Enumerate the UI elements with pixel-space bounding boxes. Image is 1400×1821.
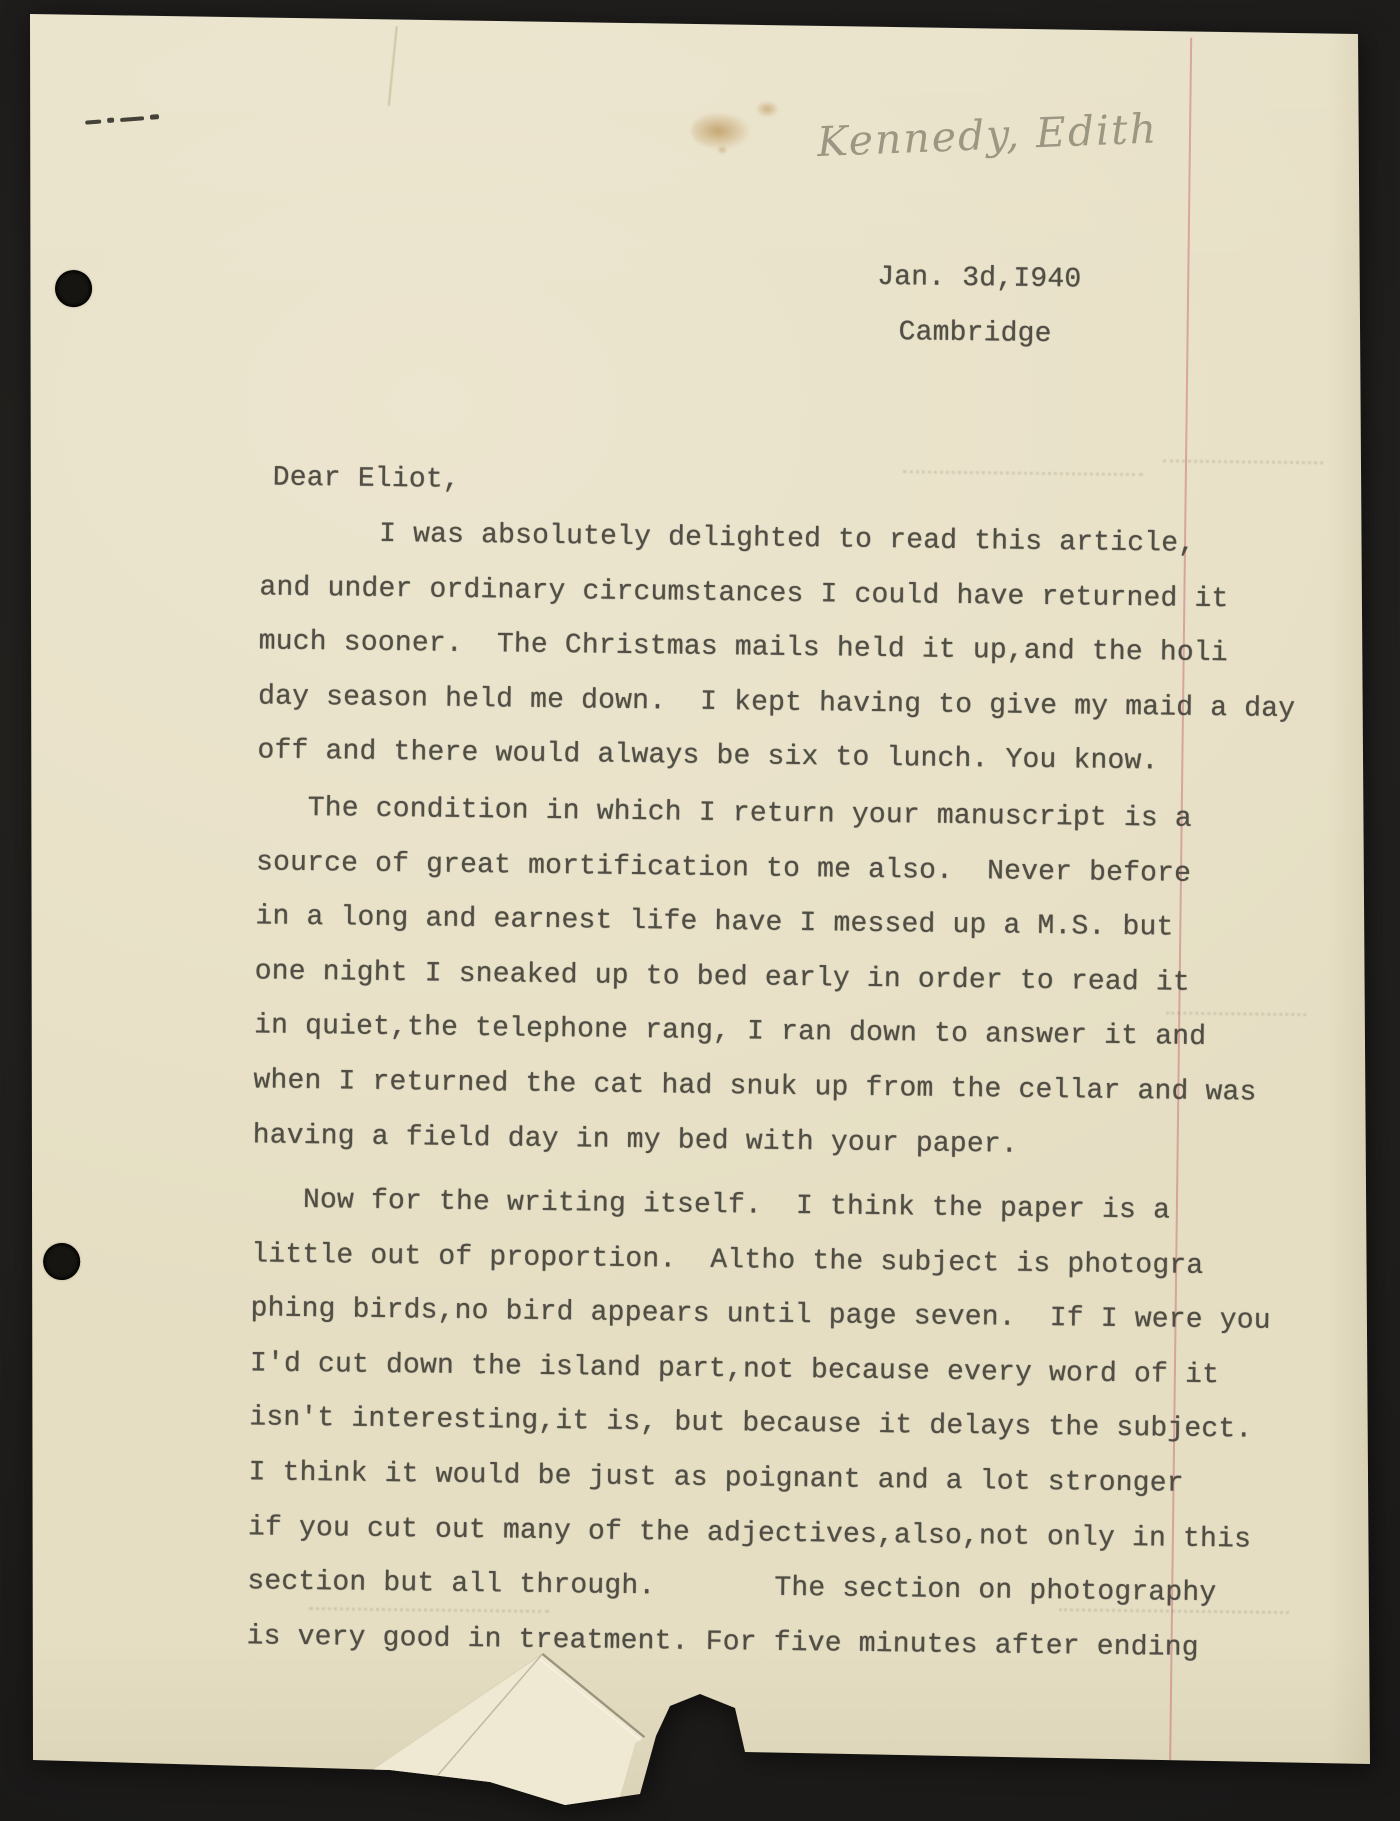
stain	[755, 100, 779, 117]
salutation: Dear Eliot,	[272, 452, 460, 509]
hole-punch-top	[55, 270, 92, 307]
paragraph-2: The condition in which I return your man…	[252, 781, 1260, 1175]
typed-line: off and there would always be six to lun…	[257, 725, 1295, 792]
stain	[717, 146, 728, 154]
date-line: Jan. 3d,I940	[877, 251, 1082, 308]
ghost-smudge	[903, 470, 1143, 476]
typed-line: having a field day in my bed with your p…	[252, 1109, 1256, 1176]
paper-sheet-wrap: Kennedy, Edith Jan. 3d,I940 Cambridge	[28, 8, 1370, 1813]
place-line: Cambridge	[898, 306, 1081, 363]
scratch-mark	[388, 26, 398, 106]
hole-punch-bottom	[43, 1243, 80, 1280]
stain	[691, 112, 751, 151]
paragraph-3: Now for the writing itself. I think the …	[246, 1173, 1272, 1677]
dateline-block: Jan. 3d,I940 Cambridge	[876, 251, 1081, 363]
ink-dash-marks	[85, 108, 166, 132]
handwritten-annotation: Kennedy, Edith	[816, 104, 1159, 166]
paper-sheet: Kennedy, Edith Jan. 3d,I940 Cambridge	[28, 8, 1370, 1808]
paragraph-1: I was absolutely delighted to read this …	[257, 506, 1297, 792]
ghost-smudge	[1163, 459, 1323, 464]
paper-content: Kennedy, Edith Jan. 3d,I940 Cambridge	[7, 8, 1371, 1821]
torn-flap	[356, 1630, 658, 1816]
scanned-letter-page: { "scan": { "annotation_handwritten": "K…	[0, 0, 1400, 1821]
